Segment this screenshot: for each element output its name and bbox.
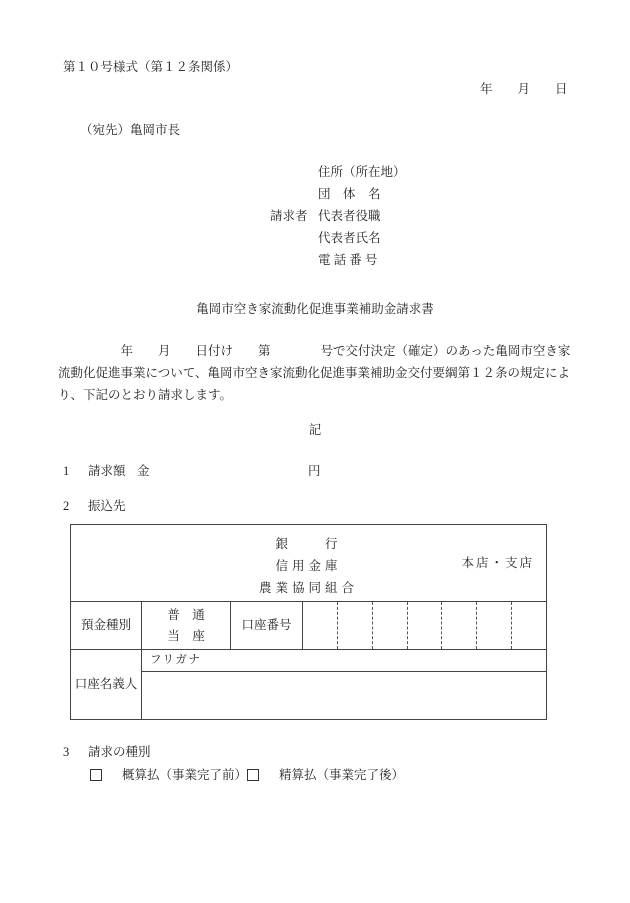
item1-number: 1 bbox=[63, 465, 69, 478]
requester-field-representative-name: 代表者氏名 bbox=[318, 232, 381, 245]
account-digit-cell bbox=[303, 602, 337, 649]
body-line-3: り、下記のとおり請求します。 bbox=[58, 389, 232, 402]
deposit-type-row: 預金種別 普 通 当 座 口座番号 bbox=[71, 602, 546, 650]
item1-currency-suffix: 円 bbox=[308, 465, 321, 478]
account-digit-cell bbox=[372, 602, 407, 649]
branch-label: 本店・支店 bbox=[461, 557, 534, 570]
deposit-option-current: 当 座 bbox=[142, 626, 230, 647]
account-holder-label: 口座名義人 bbox=[71, 650, 142, 719]
item1-currency-prefix: 金 bbox=[137, 465, 150, 478]
account-digit-cell bbox=[407, 602, 442, 649]
account-digit-cell bbox=[511, 602, 546, 649]
account-digit-cell bbox=[337, 602, 372, 649]
option-provisional-payment: 概算払（事業完了前） bbox=[122, 769, 247, 782]
document-page: 第１０号様式（第１２条関係） 年 月 日 （宛先）亀岡市長 請求者 住所（所在地… bbox=[0, 0, 630, 903]
date-line: 年 月 日 bbox=[480, 83, 568, 96]
option-final-payment: 精算払（事業完了後） bbox=[279, 769, 404, 782]
requester-field-address: 住所（所在地） bbox=[318, 166, 406, 179]
addressee: （宛先）亀岡市長 bbox=[80, 124, 180, 137]
bank-type-bank: 銀 行 bbox=[71, 533, 546, 555]
body-line-2: 流動化促進事業について、亀岡市空き家流動化促進事業補助金交付要綱第１２条の規定に… bbox=[58, 367, 570, 380]
furigana-label: フリガナ bbox=[142, 650, 546, 672]
item2-label: 振込先 bbox=[88, 500, 126, 513]
account-number-label: 口座番号 bbox=[231, 602, 303, 649]
deposit-options-cell: 普 通 当 座 bbox=[142, 602, 231, 649]
claim-type-options: 概算払（事業完了前） 精算払（事業完了後） bbox=[90, 768, 540, 784]
body-line-1: 年 月 日付け 第 号で交付決定（確定）のあった亀岡市空き家 bbox=[58, 345, 570, 358]
deposit-type-label: 預金種別 bbox=[71, 602, 142, 649]
requester-field-organization: 団 体 名 bbox=[318, 188, 381, 201]
requester-label: 請求者 bbox=[270, 210, 308, 223]
account-digit-cell bbox=[441, 602, 476, 649]
requester-field-representative-title: 代表者役職 bbox=[318, 210, 381, 223]
document-title: 亀岡市空き家流動化促進事業補助金請求書 bbox=[0, 303, 630, 316]
bank-type-agri-coop: 農業協同組合 bbox=[71, 577, 546, 599]
item3-label: 請求の種別 bbox=[88, 746, 151, 759]
checkbox-provisional-payment-icon bbox=[90, 769, 102, 781]
requester-field-phone: 電 話 番 号 bbox=[318, 254, 377, 267]
note-heading: 記 bbox=[0, 424, 630, 437]
checkbox-final-payment-icon bbox=[247, 769, 259, 781]
account-holder-row: 口座名義人 フリガナ bbox=[71, 650, 546, 719]
deposit-option-ordinary: 普 通 bbox=[142, 605, 230, 626]
item1-label: 請求額 bbox=[88, 465, 126, 478]
form-number: 第１０号様式（第１２条関係） bbox=[63, 61, 238, 74]
account-holder-name-field bbox=[142, 672, 546, 719]
account-digit-cells bbox=[303, 602, 546, 649]
bank-name-row: 銀 行 信用金庫 農業協同組合 本店・支店 bbox=[71, 525, 546, 602]
item3-number: 3 bbox=[63, 746, 69, 759]
account-holder-fields: フリガナ bbox=[142, 650, 546, 719]
bank-transfer-table: 銀 行 信用金庫 農業協同組合 本店・支店 預金種別 普 通 当 座 口座番号 … bbox=[70, 524, 547, 720]
account-digit-cell bbox=[476, 602, 511, 649]
item2-number: 2 bbox=[63, 500, 69, 513]
